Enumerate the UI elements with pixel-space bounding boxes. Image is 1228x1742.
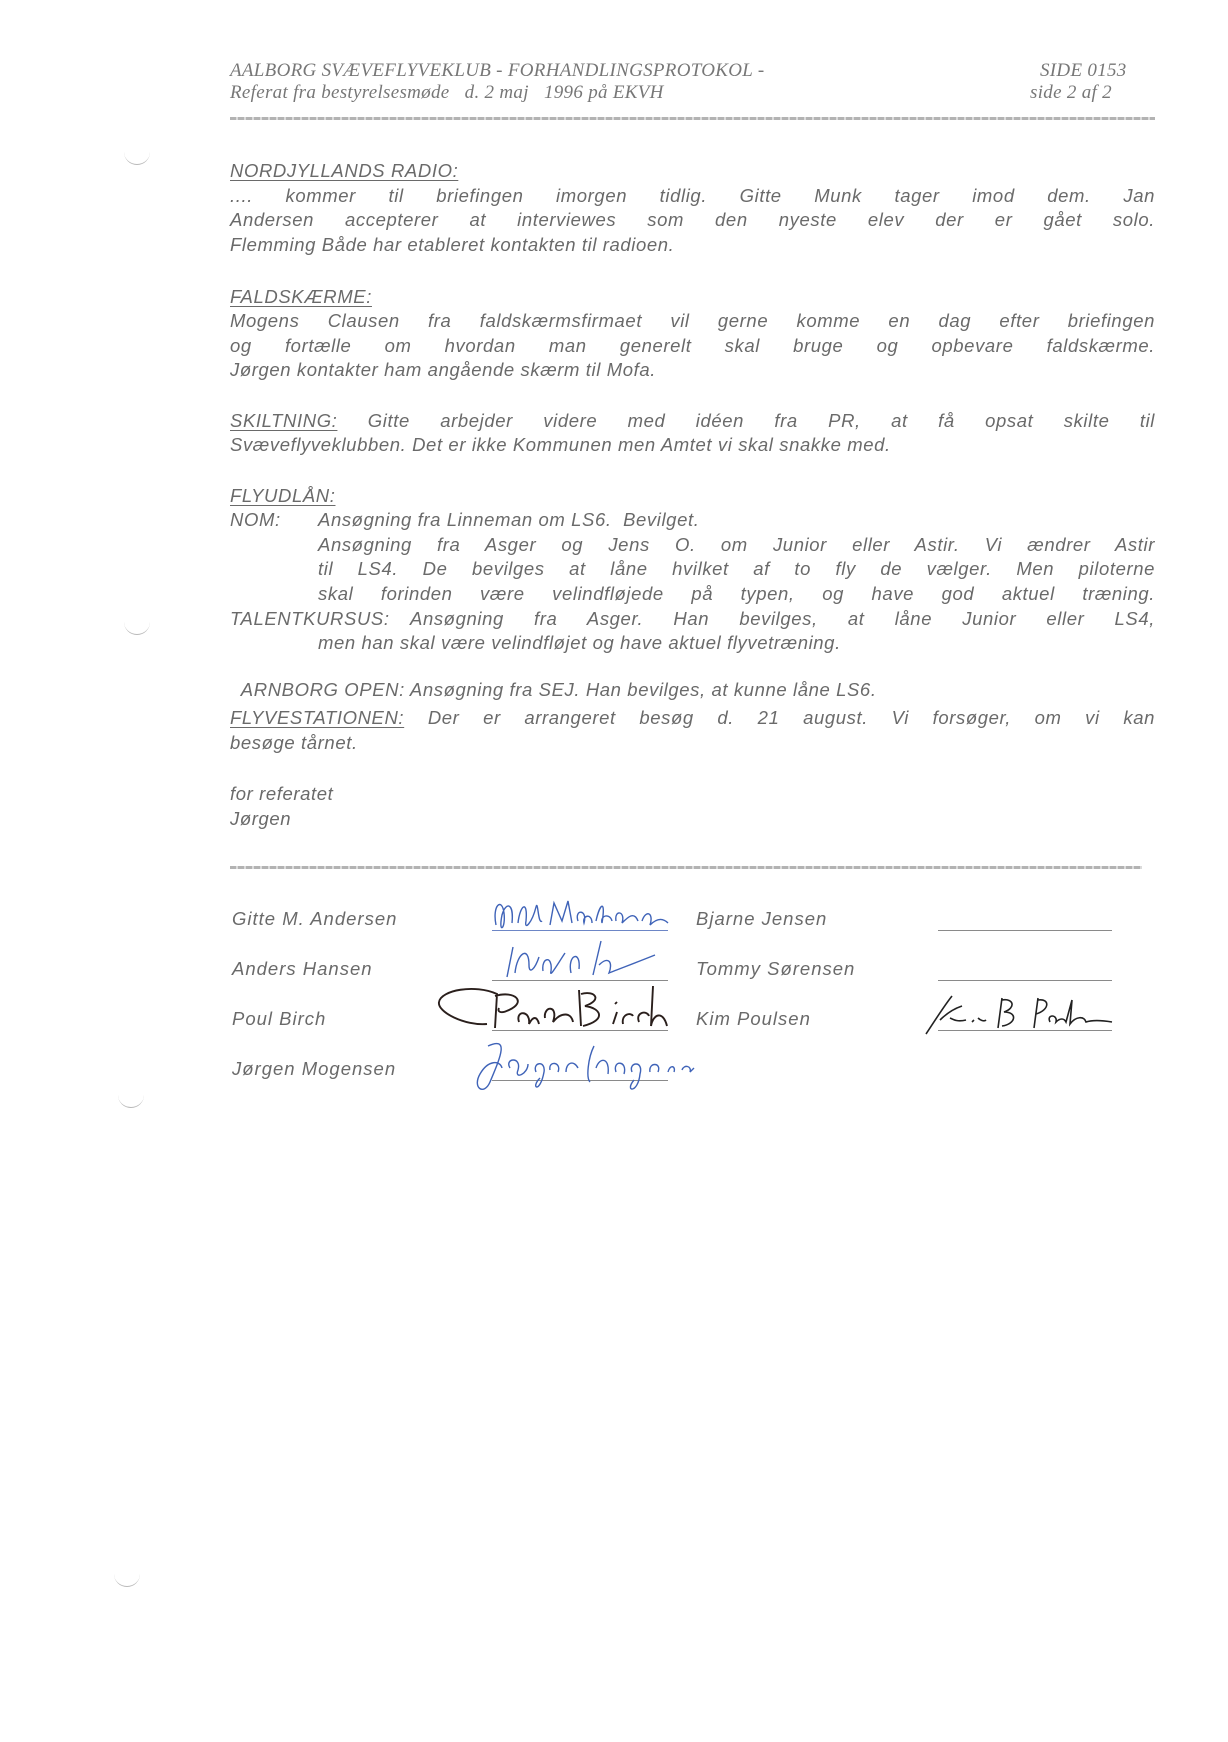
section-heading-flyudlaan: FLYUDLÅN: bbox=[230, 485, 335, 507]
skiltning-line: Svæveflyveklubben. Det er ikke Kommunen … bbox=[230, 434, 891, 456]
arnborg-label: ARNBORG OPEN: bbox=[241, 679, 405, 700]
signature-anders bbox=[495, 935, 665, 985]
nom-label: NOM: bbox=[230, 509, 281, 531]
arnborg-paragraph: ARNBORG OPEN: Ansøgning fra SEJ. Han bev… bbox=[230, 657, 877, 701]
nom-line: Ansøgning fra Asger og Jens O. om Junior… bbox=[318, 534, 1155, 556]
page-of-label: side 2 af 2 bbox=[1030, 82, 1112, 104]
radio-line: .... kommer til briefingen imorgen tidli… bbox=[230, 185, 1155, 207]
flyvestationen-line: besøge tårnet. bbox=[230, 732, 358, 754]
document-subtitle: Referat fra bestyrelsesmøde d. 2 maj 199… bbox=[230, 82, 664, 104]
flyvestationen-text: Der er arrangeret besøg d. 21 august. Vi… bbox=[404, 707, 1155, 728]
signature-poul bbox=[435, 982, 670, 1037]
signatory-name: Kim Poulsen bbox=[696, 1008, 811, 1030]
radio-line: Andersen accepterer at interviewes som d… bbox=[230, 209, 1155, 231]
faldskaerme-line: Mogens Clausen fra faldskærmsfirmaet vil… bbox=[230, 310, 1155, 332]
signature-line-blank bbox=[938, 930, 1112, 931]
radio-line: Flemming Både har etableret kontakten ti… bbox=[230, 234, 674, 256]
nom-line: til LS4. De bevilges at låne hvilket af … bbox=[318, 558, 1155, 580]
document-title: AALBORG SVÆVEFLYVEKLUB - FORHANDLINGSPRO… bbox=[230, 60, 764, 82]
nom-line: skal forinden være velindfløjede på type… bbox=[318, 583, 1155, 605]
punch-hole-mark bbox=[124, 620, 150, 635]
closing-line: for referatet bbox=[230, 783, 333, 805]
section-heading-flyvestationen: FLYVESTATIONEN: bbox=[230, 707, 404, 728]
signature-divider bbox=[230, 866, 1142, 869]
talentkursus-line: Ansøgning fra Asger. Han bevilges, at lå… bbox=[410, 608, 1155, 630]
header-divider bbox=[230, 117, 1155, 120]
signatory-name: Tommy Sørensen bbox=[696, 958, 855, 980]
signatory-name: Anders Hansen bbox=[232, 958, 373, 980]
signature-line-blank bbox=[938, 980, 1112, 981]
punch-hole-mark bbox=[124, 150, 150, 165]
nom-line: Ansøgning fra Linneman om LS6. Bevilget. bbox=[318, 509, 699, 531]
punch-hole-mark bbox=[114, 1572, 140, 1587]
faldskaerme-line: Jørgen kontakter ham angående skærm til … bbox=[230, 359, 656, 381]
arnborg-text: Ansøgning fra SEJ. Han bevilges, at kunn… bbox=[405, 679, 877, 700]
signature-kim bbox=[922, 992, 1117, 1037]
signatory-name: Bjarne Jensen bbox=[696, 908, 827, 930]
signature-joergen bbox=[470, 1038, 770, 1103]
signatory-name: Gitte M. Andersen bbox=[232, 908, 397, 930]
skiltning-text: Gitte arbejder videre med idéen fra PR, … bbox=[337, 410, 1155, 431]
closing-author: Jørgen bbox=[230, 808, 291, 830]
faldskaerme-line: og fortælle om hvordan man generelt skal… bbox=[230, 335, 1155, 357]
talentkursus-label: TALENTKURSUS: bbox=[230, 608, 390, 630]
section-heading-faldskaerme: FALDSKÆRME: bbox=[230, 286, 372, 308]
punch-hole-mark bbox=[118, 1093, 144, 1108]
page-number-label: SIDE 0153 bbox=[1040, 60, 1127, 82]
signatory-name: Jørgen Mogensen bbox=[232, 1058, 396, 1080]
flyvestationen-paragraph: FLYVESTATIONEN: Der er arrangeret besøg … bbox=[230, 707, 1155, 729]
skiltning-paragraph: SKILTNING: Gitte arbejder videre med idé… bbox=[230, 410, 1155, 432]
signature-gitte bbox=[488, 895, 678, 940]
signatory-name: Poul Birch bbox=[232, 1008, 326, 1030]
section-heading-skiltning: SKILTNING: bbox=[230, 410, 337, 431]
talentkursus-line: men han skal være velindfløjet og have a… bbox=[318, 632, 841, 654]
section-heading-radio: NORDJYLLANDS RADIO: bbox=[230, 160, 458, 182]
